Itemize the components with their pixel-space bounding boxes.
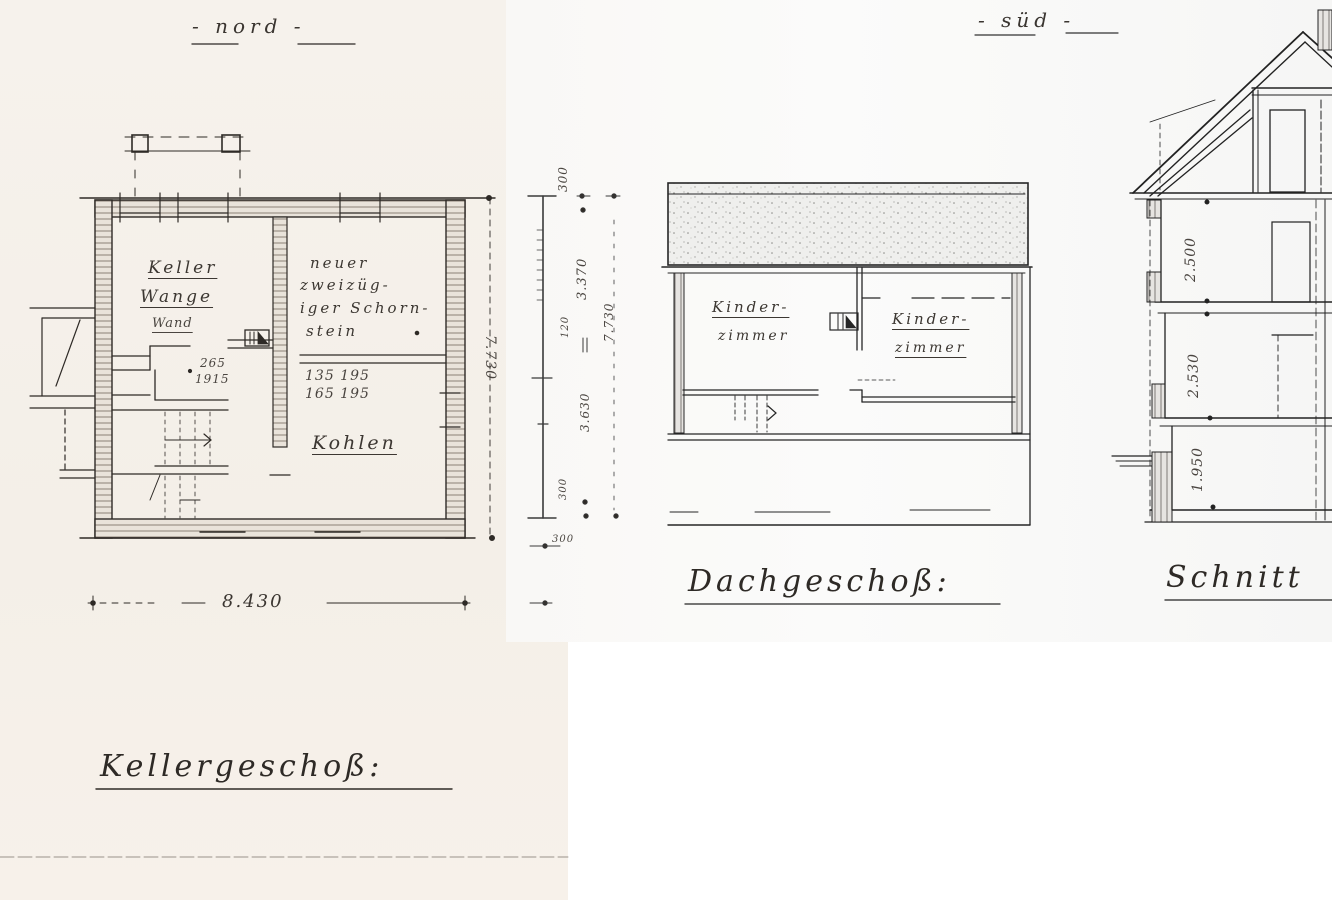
room-label-chimney-line2: zweizüg-: [300, 276, 391, 294]
room-label-chimney-line3: iger Schorn-: [300, 299, 430, 317]
plan-title-schnitt: Schnitt: [1166, 560, 1304, 595]
orientation-label-north: - nord -: [192, 14, 306, 38]
vdim-foot: 300: [552, 534, 574, 545]
vdim-bottom-small: 300: [558, 478, 569, 500]
room-label-keller-line2: Wange: [140, 287, 213, 307]
dimension-width: 8.430: [222, 591, 284, 612]
section-drawing: [1112, 10, 1332, 600]
vdim-lower: 3.630: [578, 393, 592, 432]
plan-title-kellergeschoss: Kellergeschoß:: [100, 749, 383, 784]
room-label-kohlen: Kohlen: [312, 432, 397, 454]
room-label-keller-line3: Wand: [152, 316, 193, 331]
section-height-upper: 2.500: [1183, 237, 1199, 282]
vdim-top: 300: [556, 166, 570, 192]
room-label-chimney-line4: stein: [306, 322, 358, 340]
basement-plan: [0, 44, 568, 857]
attic-room-label-1-line2: zimmer: [718, 328, 789, 344]
section-height-ground: 2.530: [1186, 353, 1202, 398]
orientation-label-south: - süd -: [978, 8, 1075, 32]
room-label-keller-line1: Keller: [148, 258, 217, 278]
attic-room-label-2-line1: Kinder-: [892, 310, 969, 328]
vdim-mid-small: 120: [560, 316, 571, 338]
section-height-basement: 1.950: [1190, 447, 1206, 492]
attic-room-label-2-line2: zimmer: [895, 340, 966, 356]
window-dims-2: 165 195: [305, 386, 370, 402]
plan-title-dachgeschoss: Dachgeschoß:: [688, 564, 951, 599]
dimension-depth-left: 7.730: [482, 335, 498, 380]
room-label-chimney-line1: neuer: [310, 254, 369, 272]
attic-plan: [662, 183, 1032, 604]
vdim-upper: 3.370: [575, 258, 590, 300]
attic-room-label-1-line1: Kinder-: [712, 298, 789, 316]
vdim-total: 7.730: [602, 303, 616, 342]
stair-dim-bottom: 1915: [195, 372, 230, 386]
window-dims-1: 135 195: [305, 368, 370, 384]
stair-dim-top: 265: [200, 356, 226, 370]
